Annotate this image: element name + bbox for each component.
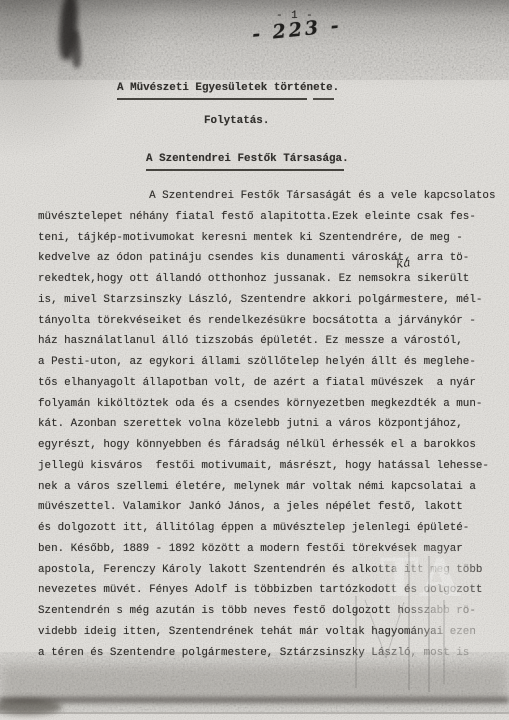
body-line: a téren és Szentendre polgármestere, Szt… (38, 643, 490, 664)
body-line: videbb ideig itten, Szentendrének tehát … (38, 622, 490, 643)
scan-corner-shadow (0, 0, 160, 160)
body-line: is, mivel Starzsinszky László, Szentendr… (38, 290, 490, 311)
handwritten-correction: ká (395, 255, 411, 271)
title-underline (117, 98, 307, 100)
body-line: kedvelve az ódon patináju csendes kis du… (38, 248, 490, 269)
body-line: kát. Azonban szerettek volna közelebb ju… (38, 414, 490, 435)
handwritten-page-number: - 223 - (251, 14, 342, 45)
body-line: ben. Később, 1889 - 1892 között a modern… (38, 539, 490, 560)
body-line: nek a város szellemi életére, melynek má… (38, 477, 490, 498)
body-line: müvészettel. Valamikor Jankó János, a je… (38, 497, 490, 518)
body-text: A Szentendrei Festők Társaságát és a vel… (38, 186, 490, 663)
body-line: a Pesti-uton, az egykori állami szöllőte… (38, 352, 490, 373)
section-heading: A Szentendrei Festők Társasága. (146, 153, 349, 165)
body-line: rekedtek,hogy ott állandó otthonhoz juss… (38, 269, 490, 290)
body-line: tős elhanyagolt állapotban volt, de azér… (38, 373, 490, 394)
document-title: A Müvészeti Egyesületek története. (117, 82, 339, 94)
body-line: Szentendrén s még azután is több neves f… (38, 601, 490, 622)
body-line: teni, tájkép-motivumokat keresni mentek … (38, 228, 490, 249)
body-line: és dolgozott itt, állitólag éppen a müvé… (38, 518, 490, 539)
body-line: egyrészt, hogy könnyebben és fáradság né… (38, 435, 490, 456)
body-line: apostola, Ferenczy Károly lakott Szenten… (38, 560, 490, 581)
body-line: nevezetes müvét. Fényes Adolf is többizb… (38, 580, 490, 601)
body-line: jellegü kisváros festői motivumait, másr… (38, 456, 490, 477)
body-line: A Szentendrei Festők Társaságát és a vel… (38, 186, 490, 207)
title-underline-segment (313, 98, 334, 100)
body-line: ház használatlanul álló tizszobás épület… (38, 331, 490, 352)
body-line: tányolta törekvéseiket és rendelkezésükr… (38, 311, 490, 332)
scanned-document-page: - 1 - - 223 - A Müvészeti Egyesületek tö… (0, 0, 509, 720)
page-edge-line (0, 712, 509, 714)
scan-bottom-streak (0, 697, 509, 703)
section-heading-underline (146, 169, 344, 171)
document-subtitle: Folytatás. (204, 115, 269, 127)
body-line: müvésztelepet néhány fiatal festő alapit… (38, 207, 490, 228)
body-line: folyamán kiköltöztek oda és a csendes kö… (38, 394, 490, 415)
